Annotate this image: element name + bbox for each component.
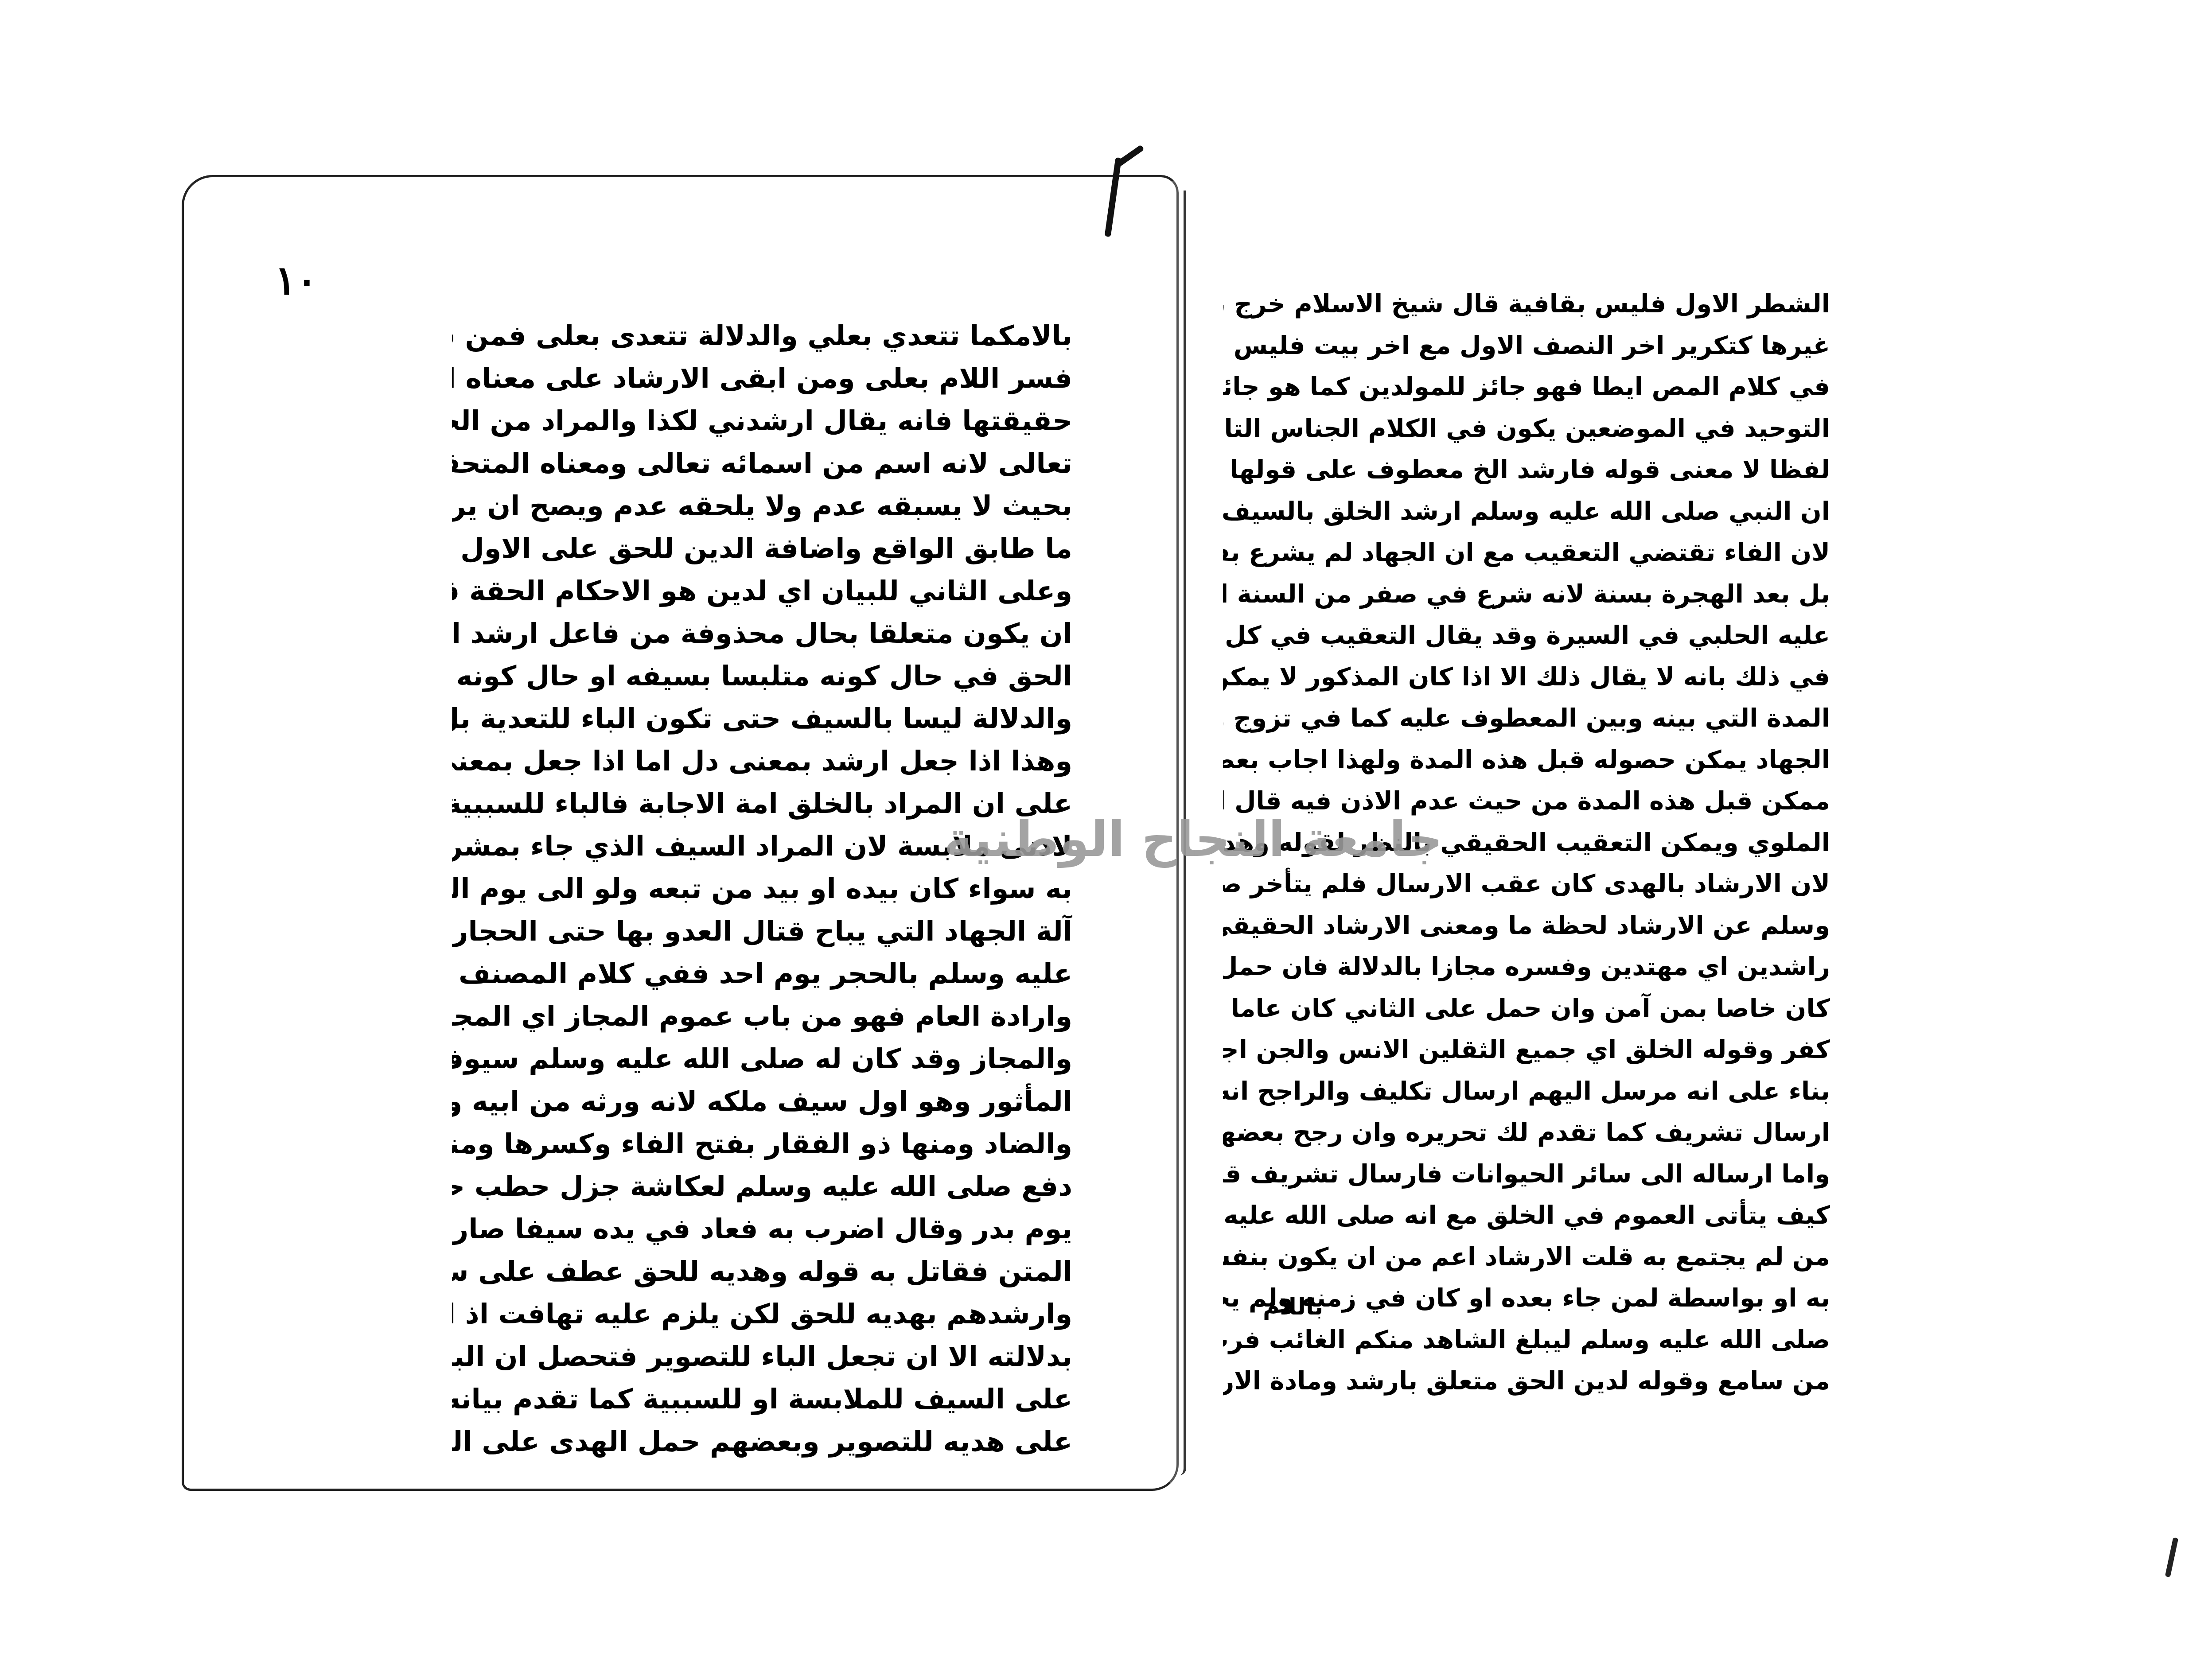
catchword: باللام <box>1263 1294 1323 1320</box>
text-line: ما طابق الواقع واضافة الدين للحق على الا… <box>452 527 1072 570</box>
text-line: على السيف للملابسة او للسببية كما تقدم ب… <box>452 1378 1072 1420</box>
text-line: وارشدهم بهديه للحق لكن يلزم عليه تهافت ا… <box>452 1293 1072 1335</box>
text-line: في كلام المص ايطا فهو جائز للمولدين كما … <box>1223 366 1830 408</box>
text-line: واما ارساله الى سائر الحيوانات فارسال تش… <box>1223 1154 1830 1195</box>
text-line: بناء على انه مرسل اليهم ارسال تكليف والر… <box>1223 1071 1830 1112</box>
text-line: من سامع وقوله لدين الحق متعلق بارشد وماد… <box>1223 1361 1830 1402</box>
text-line: لفظا لا معنى قوله فارشد الخ معطوف على قو… <box>1223 449 1830 491</box>
text-line: ان النبي صلى الله عليه وسلم ارشد الخلق ب… <box>1223 491 1830 533</box>
text-line: المأثور وهو اول سيف ملكه لانه ورثه من اب… <box>452 1080 1072 1123</box>
text-line: بحيث لا يسبقه عدم ولا يلحقه عدم ويصح ان … <box>452 485 1072 527</box>
text-line: كان خاصا بمن آمن وان حمل على الثاني كان … <box>1223 988 1830 1030</box>
folio-mark-icon <box>1099 153 1125 237</box>
text-line: كفر وقوله الخلق اي جميع الثقلين الانس وا… <box>1223 1029 1830 1071</box>
text-line: يوم بدر وقال اضرب به فعاد في يده سيفا صا… <box>452 1208 1072 1250</box>
text-line: لان الارشاد بالهدى كان عقب الارسال فلم ي… <box>1223 863 1830 905</box>
page-number: ١٠ <box>275 257 318 304</box>
text-line: على هديه للتصوير وبعضهم حمل الهدى على ال… <box>452 1420 1072 1463</box>
text-line: آلة الجهاد التي يباح قتال العدو بها حتى … <box>452 910 1072 953</box>
text-line: كيف يتأتى العموم في الخلق مع انه صلى الل… <box>1223 1195 1830 1237</box>
text-line: الشطر الاول فليس بقافية قال شيخ الاسلام … <box>1223 284 1830 325</box>
text-line: دفع صلى الله عليه وسلم لعكاشة جزل حطب حي… <box>452 1165 1072 1208</box>
edge-ink-mark-icon <box>2165 1537 2178 1578</box>
text-line: عليه وسلم بالحجر يوم احد ففي كلام المصنف… <box>452 953 1072 995</box>
text-line: والمجاز وقد كان له صلى الله عليه وسلم سي… <box>452 1038 1072 1080</box>
text-line: وارادة العام فهو من باب عموم المجاز اي ا… <box>452 995 1072 1038</box>
text-line: ان يكون متعلقا بحال محذوفة من فاعل ارشد … <box>452 612 1072 655</box>
text-line: التوحيد في الموضعين يكون في الكلام الجنا… <box>1223 408 1830 450</box>
text-line: الجهاد يمكن حصوله قبل هذه المدة ولهذا اج… <box>1223 739 1830 781</box>
text-line: وهذا اذا جعل ارشد بمعنى دل اما اذا جعل ب… <box>452 740 1072 782</box>
text-line: غيرها كتكرير اخر النصف الاول مع اخر بيت … <box>1223 325 1830 367</box>
text-line: بالامكما تتعدي بعلي والدلالة تتعدى بعلى … <box>452 315 1072 357</box>
text-line: المدة التي بينه وبين المعطوف عليه كما في… <box>1223 698 1830 739</box>
text-line: بل بعد الهجرة بسنة لانه شرع في صفر من ال… <box>1223 574 1830 615</box>
text-line: والدلالة ليسا بالسيف حتى تكون الباء للتع… <box>452 697 1072 740</box>
text-line: لان الفاء تقتضي التعقيب مع ان الجهاد لم … <box>1223 532 1830 574</box>
text-line: فسر اللام بعلى ومن ابقى الارشاد على معنا… <box>452 357 1072 400</box>
text-line: راشدين اي مهتدين وفسره مجازا بالدلالة فا… <box>1223 946 1830 988</box>
text-line: بدلالته الا ان تجعل الباء للتصوير فتحصل … <box>452 1335 1072 1378</box>
text-line: تعالى لانه اسم من اسمائه تعالى ومعناه ال… <box>452 442 1072 485</box>
text-line: به سواء كان بيده او بيد من تبعه ولو الى … <box>452 867 1072 910</box>
manuscript-scan: ١٠ بالامكما تتعدي بعلي والدلالة تتعدى بع… <box>0 0 2212 1680</box>
text-line: وسلم عن الارشاد لحظة ما ومعنى الارشاد ال… <box>1223 905 1830 947</box>
left-page-text: بالامكما تتعدي بعلي والدلالة تتعدى بعلى … <box>452 315 1072 1463</box>
text-line: الحق في حال كونه متلبسا بسيفه او حال كون… <box>452 655 1072 697</box>
text-line: ارسال تشريف كما تقدم لك تحريره وان رجح ب… <box>1223 1112 1830 1154</box>
text-line: وعلى الثاني للبيان اي لدين هو الاحكام ال… <box>452 570 1072 612</box>
text-line: والضاد ومنها ذو الفقار بفتح الفاء وكسرها… <box>452 1123 1072 1165</box>
text-line: عليه الحلبي في السيرة وقد يقال التعقيب ف… <box>1223 615 1830 657</box>
watermark: جامعة النجاح الوطنية <box>944 811 1443 867</box>
text-line: صلى الله عليه وسلم ليبلغ الشاهد منكم الغ… <box>1223 1319 1830 1361</box>
text-line: في ذلك بانه لا يقال ذلك الا اذا كان المذ… <box>1223 657 1830 698</box>
text-line: المتن فقاتل به قوله وهديه للحق عطف على س… <box>452 1250 1072 1293</box>
text-line: حقيقتها فانه يقال ارشدني لكذا والمراد من… <box>452 400 1072 442</box>
text-line: من لم يجتمع به قلت الارشاد اعم من ان يكو… <box>1223 1237 1830 1278</box>
